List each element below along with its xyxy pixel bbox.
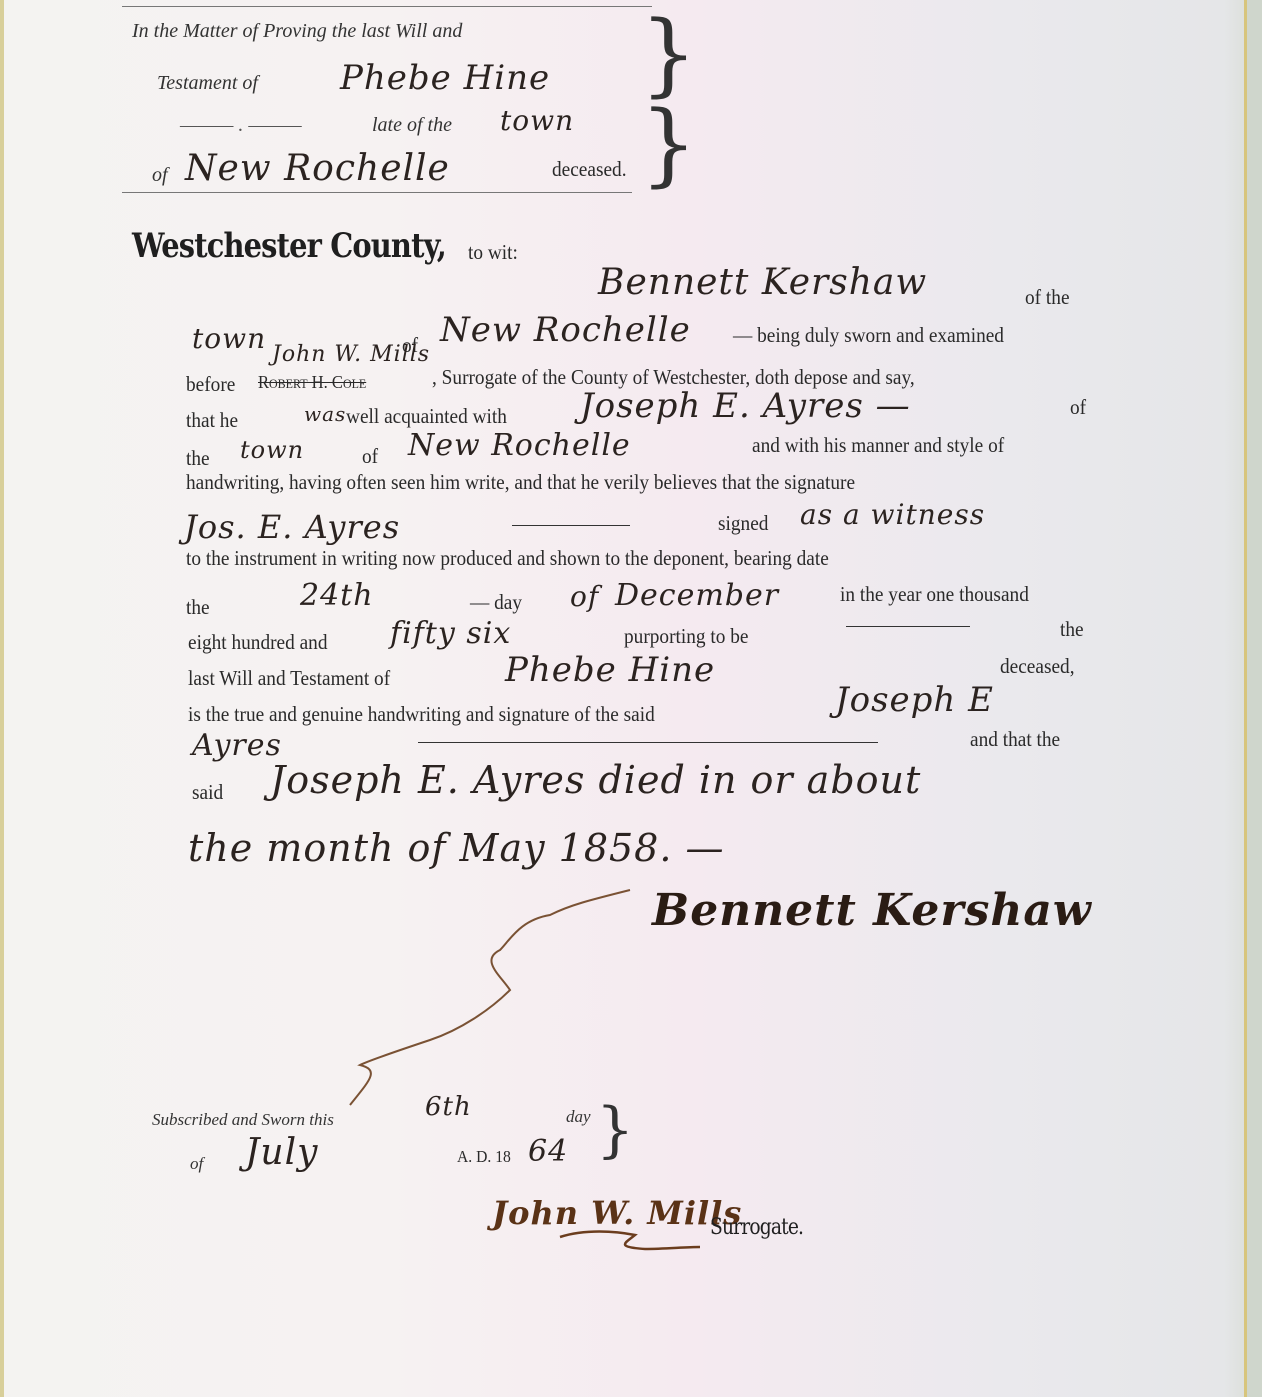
death-line-2: the month of May 1858. — (188, 826, 725, 870)
deceased-2: deceased, (1000, 654, 1075, 679)
town-2: town (240, 436, 304, 464)
deponent-signature: Bennett Kershaw (652, 885, 1092, 936)
surrogate-label: Surrogate. (710, 1215, 803, 1240)
signed-as: as a witness (800, 498, 985, 531)
caption-line1: In the Matter of Proving the last Will a… (132, 20, 462, 43)
inserted-surrogate-name: John W. Mills (272, 342, 430, 367)
genuine-text: is the true and genuine handwriting and … (188, 702, 655, 727)
caption-late-of: late of the (372, 114, 452, 137)
caption-dash: ——— . ——— (180, 114, 302, 137)
caption-brace-bottom: } (640, 100, 697, 190)
signature-value: Jos. E. Ayres (184, 508, 400, 546)
caption-top-rule (122, 6, 652, 7)
struck-surrogate-name: Robert H. Cole (258, 372, 366, 393)
handwriting-text: handwriting, having often seen him write… (186, 470, 855, 495)
surrogate-flourish (555, 1225, 705, 1255)
jurat-ad-label: A. D. 18 (457, 1147, 511, 1167)
that-he: that he (186, 408, 238, 433)
caption-town: town (500, 104, 574, 137)
deponent-name: Bennett Kershaw (598, 262, 927, 303)
signed: signed (718, 511, 768, 536)
caption-of: of (152, 164, 168, 187)
county-heading: Westchester County, (132, 226, 446, 266)
eight-hundred: eight hundred and (188, 630, 327, 655)
caption-bottom-rule (122, 192, 632, 193)
jurat-year-value: 64 (528, 1134, 568, 1169)
instrument-text: to the instrument in writing now produce… (186, 546, 829, 571)
year-text: in the year one thousand (840, 582, 1029, 607)
page-edge-shadow (1247, 0, 1262, 1397)
jurat-brace: } (596, 1100, 634, 1160)
witness-name: Joseph E. Ayres — (580, 386, 911, 426)
said: said (192, 780, 223, 805)
day-text: — day (470, 590, 522, 615)
jurat-day-value: 6th (425, 1092, 472, 1122)
purporting: purporting to be (624, 624, 748, 649)
last-will: last Will and Testament of (188, 666, 390, 691)
place-2: New Rochelle (408, 428, 631, 463)
death-line: Joseph E. Ayres died in or about (270, 758, 921, 802)
the-4: the (1060, 617, 1084, 642)
and-that: and that the (970, 727, 1060, 752)
sworn-text: — being duly sworn and examined (733, 323, 1004, 348)
jurat-subscribed: Subscribed and Sworn this (152, 1110, 334, 1130)
acquainted-text: well acquainted with (346, 404, 507, 429)
purporting-dash (846, 626, 970, 627)
of-the-1: of the (1025, 285, 1070, 310)
witness-name-2a: Joseph E (835, 680, 994, 720)
day-value: 24th (300, 578, 374, 613)
page-edge-left (0, 0, 4, 1397)
before: before (186, 372, 235, 397)
caption-testator-name: Phebe Hine (340, 58, 550, 98)
month-value: December (615, 578, 779, 613)
manner-text: and with his manner and style of (752, 433, 1004, 458)
caption-deceased: deceased. (552, 157, 627, 182)
testator: Phebe Hine (505, 650, 715, 690)
to-wit: to wit: (468, 240, 518, 265)
ayres-underline (418, 742, 878, 743)
witness-name-2b: Ayres (192, 728, 282, 763)
town-1: town (192, 322, 266, 355)
place-1: New Rochelle (440, 310, 691, 350)
caption-brace-top: } (640, 10, 697, 100)
was: was (304, 402, 346, 426)
of-2: of (1070, 395, 1086, 420)
year-value: fifty six (390, 616, 511, 651)
the-2: the (186, 446, 210, 471)
caption-place: New Rochelle (185, 148, 450, 189)
caption-testament-label: Testament of (157, 72, 258, 95)
signature-dash (512, 525, 630, 526)
the-3: the (186, 595, 210, 620)
of-3: of (362, 444, 378, 469)
jurat-month-value: July (245, 1132, 318, 1173)
of-month: of (570, 580, 599, 613)
jurat-day-label: day (566, 1107, 591, 1127)
jurat-of: of (190, 1154, 203, 1174)
